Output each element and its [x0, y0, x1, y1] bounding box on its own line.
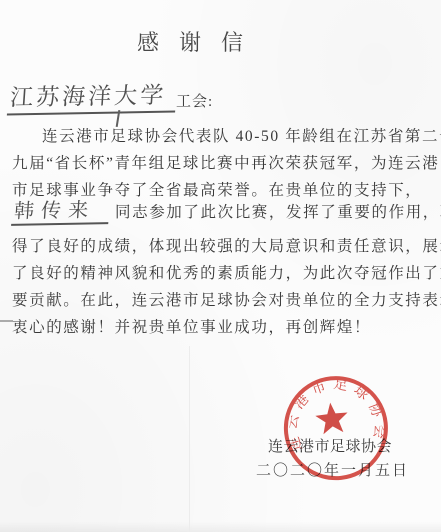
body-line-4: 韩传来同志参加了此次比赛，发挥了重要的作用，取 — [12, 200, 432, 223]
body-line-8: 衷心的感谢！并祝贵单位事业成功，再创辉煌！ — [12, 316, 432, 339]
letter-page: 感谢信 江苏海洋大学工会: 连云港市足球协会代表队 40-50 年龄组在江苏省第… — [0, 0, 441, 532]
body-line-3: 市足球事业争夺了全省最高荣誉。在贵单位的支持下， — [12, 179, 432, 202]
salutation: 江苏海洋大学工会: — [8, 84, 213, 114]
salutation-suffix: 工会: — [176, 94, 213, 110]
paper-fold-line — [189, 346, 190, 532]
body-line-5: 得了良好的成绩，体现出较强的大局意识和责任意识，展示 — [12, 235, 432, 258]
recipient-handwritten: 江苏海洋大学 — [7, 83, 177, 116]
scan-artifact-dash — [0, 320, 13, 322]
body-line-7: 要贡献。在此，连云港市足球协会对贵单位的全力支持表示 — [12, 289, 432, 312]
handwritten-name: 韩传来 — [11, 199, 110, 226]
letter-title: 感谢信 — [0, 28, 400, 58]
body-line-6: 了良好的精神风貌和优秀的素质能力，为此次夺冠作出了重 — [12, 262, 432, 285]
body-line-4-text: 同志参加了此次比赛，发挥了重要的作用，取 — [115, 204, 441, 221]
seal-star-icon — [314, 401, 349, 435]
official-seal: 连云港市足球协会 — [270, 362, 404, 496]
body-line-2: 九届“省长杯”青年组足球比赛中再次荣获冠军，为连云港 — [12, 152, 432, 175]
body-line-1: 连云港市足球协会代表队 40-50 年龄组在江苏省第二十 — [12, 125, 432, 148]
